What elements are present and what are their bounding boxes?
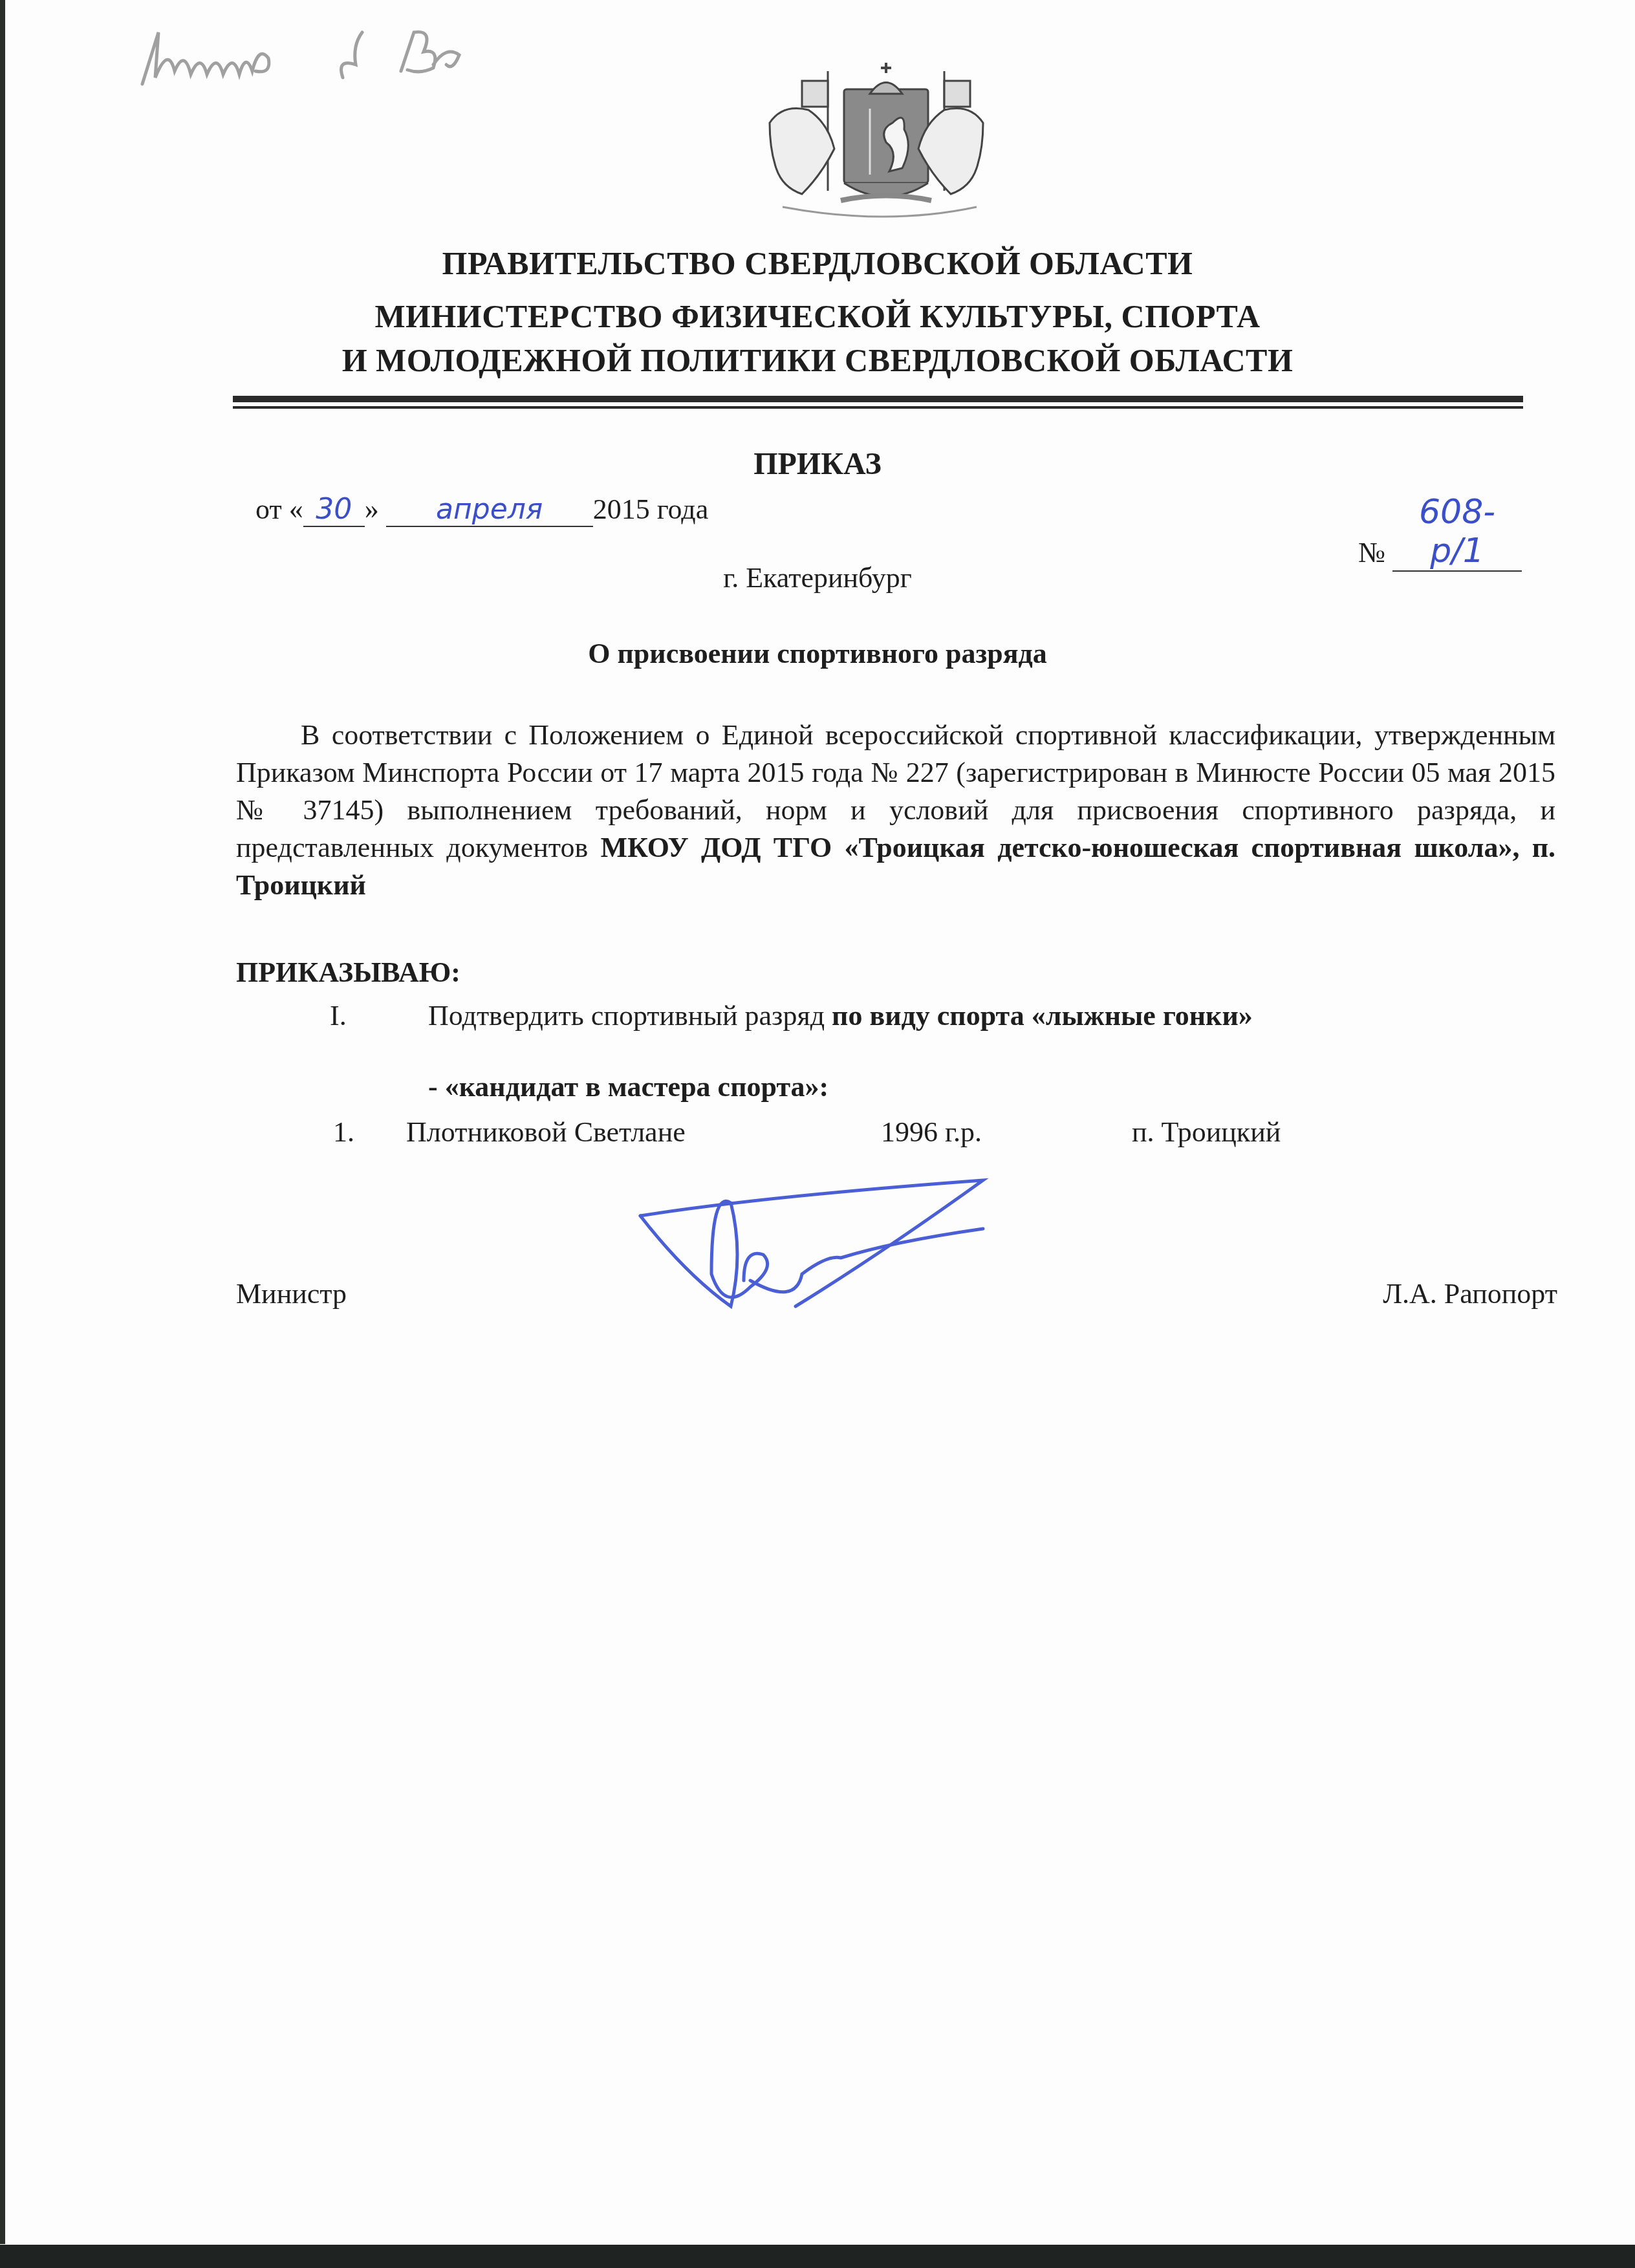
signatory-name: Л.А. Рапопорт	[1383, 1277, 1557, 1310]
ministry-name-line1: МИНИСТЕРСТВО ФИЗИЧЕСКОЙ КУЛЬТУРЫ, СПОРТА	[0, 297, 1635, 335]
person-place: п. Троицкий	[1132, 1116, 1281, 1149]
document-type: ПРИКАЗ	[0, 446, 1635, 482]
coat-of-arms-icon	[744, 32, 1009, 226]
handwritten-note	[129, 19, 530, 91]
signatory-position: Министр	[236, 1277, 347, 1310]
order-number: № 608-р/1	[1358, 493, 1522, 572]
header-rule-thick	[233, 396, 1523, 402]
signature-scribble	[634, 1177, 996, 1319]
rank-title: - «кандидат в мастера спорта»:	[428, 1070, 828, 1103]
ministry-name-line2: И МОЛОДЕЖНОЙ ПОЛИТИКИ СВЕРДЛОВСКОЙ ОБЛАС…	[0, 341, 1635, 379]
preamble: В соответствии с Положением о Единой все…	[236, 717, 1555, 904]
person-num: 1.	[333, 1116, 354, 1149]
date-mid: »	[365, 493, 379, 525]
scan-left-edge	[0, 0, 5, 2244]
number-value: 608-р/1	[1392, 493, 1522, 572]
person-birth: 1996 г.р.	[881, 1116, 982, 1149]
order-date: от «30» апреля2015 года	[255, 493, 708, 527]
order-word: ПРИКАЗЫВАЮ:	[236, 956, 460, 989]
header-rule-thin	[233, 406, 1523, 409]
date-day: 30	[303, 493, 365, 527]
item-text: Подтвердить спортивный разряд по виду сп…	[428, 999, 1253, 1032]
date-prefix: от «	[255, 493, 303, 525]
item-number: I.	[330, 999, 347, 1032]
date-month: апреля	[386, 493, 593, 527]
order-subject: О присвоении спортивного разряда	[0, 637, 1635, 670]
person-name: Плотниковой Светлане	[406, 1116, 686, 1149]
city: г. Екатеринбург	[0, 561, 1635, 594]
date-year: 2015 года	[593, 493, 709, 525]
government-name: ПРАВИТЕЛЬСТВО СВЕРДЛОВСКОЙ ОБЛАСТИ	[0, 244, 1635, 282]
scan-bottom-edge	[0, 2245, 1635, 2268]
